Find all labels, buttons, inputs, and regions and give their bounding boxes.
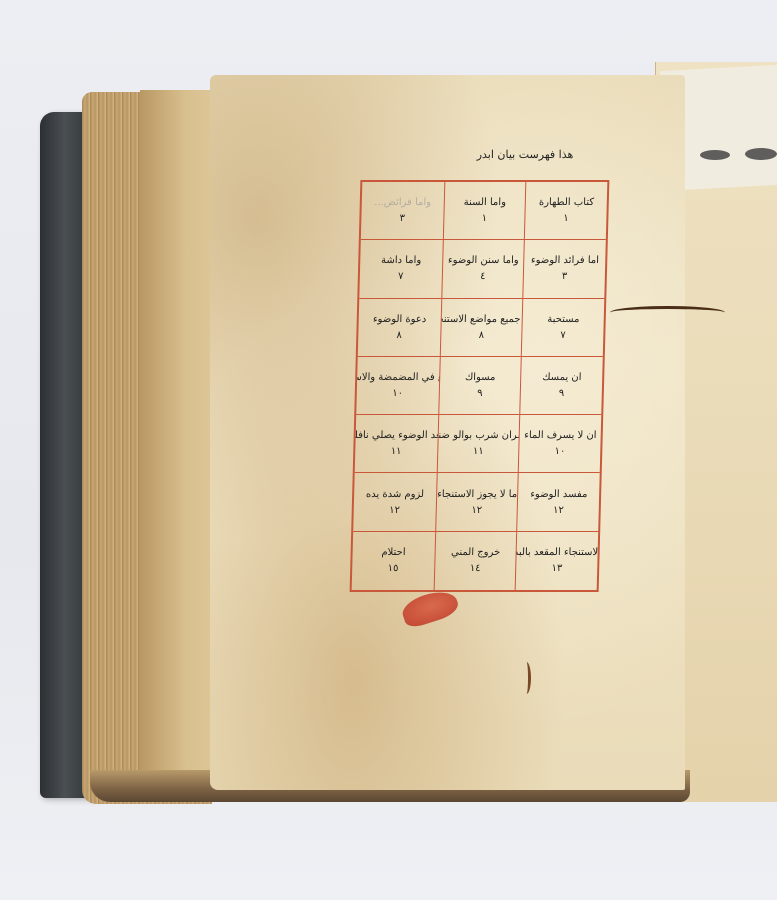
- toc-entry-title: ان يبالغ في المضمضة والاستنشاق: [356, 372, 439, 384]
- toc-entry-page-number: ١٢: [553, 505, 564, 516]
- toc-entry-page-number: ١٤: [470, 563, 481, 574]
- toc-entry-title: نصران شرب بوالو ضنوء: [436, 430, 519, 442]
- toc-entry-page-number: ٨: [396, 330, 402, 341]
- toc-entry-page-number: ١٠: [554, 446, 565, 457]
- toc-entry-page-number: ٩: [559, 388, 565, 399]
- toc-entry-title: ان لا يسرف الماء: [524, 430, 597, 442]
- table-of-contents: كتاب الطهارة١واما السنة١واما فرائض...٣ام…: [350, 180, 610, 592]
- toc-entry-page-number: ٧: [560, 330, 566, 341]
- toc-entry-title: مستحبة: [547, 314, 579, 326]
- toc-entry-title: مفسد الوضوء: [530, 489, 587, 501]
- toc-cell: كتاب الطهارة١: [524, 182, 607, 240]
- toc-entry-page-number: ١١: [473, 446, 484, 457]
- toc-cell: بعد الوضوء يصلي نافلة١١: [355, 415, 438, 473]
- toc-entry-page-number: ٣: [562, 271, 568, 282]
- toc-cell: واما سنن الوضوء٤: [441, 240, 524, 298]
- toc-entry-page-number: ١٣: [551, 563, 562, 574]
- toc-entry-page-number: ٧: [398, 271, 404, 282]
- page-heading: هذا فهرست بيان ابدر: [440, 148, 610, 161]
- toc-cell: واما داشة٧: [359, 240, 442, 298]
- toc-cell: خروج المني١٤: [433, 532, 516, 590]
- toc-entry-page-number: ١٢: [389, 505, 400, 516]
- toc-entry-page-number: ٩: [477, 388, 483, 399]
- toc-entry-page-number: ١٥: [388, 563, 399, 574]
- toc-cell: واما السنة١: [442, 182, 525, 240]
- toc-entry-title: مسواك: [465, 372, 496, 384]
- toc-cell: اما فرائد الوضوء٣: [523, 240, 606, 298]
- toc-cell: احتلام١٥: [352, 532, 435, 590]
- toc-entry-title: واما السنة: [463, 197, 506, 209]
- toc-cell: ان جميع مواضع الاستنجاء٨: [439, 299, 522, 357]
- toc-entry-page-number: ٨: [479, 330, 485, 341]
- toc-entry-title: ما لا يجوز الاستنجاء: [437, 489, 517, 501]
- toc-entry-title: ان يمسك: [542, 372, 582, 384]
- toc-cell: مسواك٩: [438, 357, 521, 415]
- toc-entry-title: كتاب الطهارة: [539, 197, 594, 209]
- toc-entry-title: واما داشة: [381, 255, 421, 267]
- toc-cell: نصران شرب بوالو ضنوء١١: [436, 415, 519, 473]
- toc-entry-title: خروج المني: [451, 547, 500, 559]
- toc-entry-page-number: ٤: [480, 271, 486, 282]
- toc-entry-title: اما فرائد الوضوء: [531, 255, 599, 267]
- toc-cell: ما لا يجوز الاستنجاء١٢: [435, 473, 518, 531]
- ink-smudge: [745, 148, 777, 160]
- toc-entry-title: الاستنجاء المقعد بالبد: [515, 547, 598, 559]
- toc-entry-title: احتلام: [381, 547, 405, 559]
- toc-entry-title: لزوم شدة يده: [366, 489, 424, 501]
- toc-entry-page-number: ١: [482, 213, 488, 224]
- ink-squiggle-mark: [522, 662, 531, 694]
- toc-entry-page-number: ١٢: [471, 505, 482, 516]
- toc-entry-page-number: ١٠: [392, 388, 403, 399]
- toc-entry-title: واما فرائض...: [374, 197, 431, 209]
- toc-cell: مستحبة٧: [521, 299, 604, 357]
- toc-cell: ان يمسك٩: [520, 357, 603, 415]
- toc-cell: دعوة الوضوء٨: [358, 299, 441, 357]
- toc-cell: مفسد الوضوء١٢: [517, 473, 600, 531]
- toc-entry-page-number: ٣: [399, 213, 405, 224]
- toc-entry-title: واما سنن الوضوء: [448, 255, 519, 267]
- toc-entry-title: ان جميع مواضع الاستنجاء: [439, 314, 522, 326]
- toc-entry-title: دعوة الوضوء: [373, 314, 427, 326]
- ink-mark-gutter: [610, 306, 725, 319]
- toc-entry-title: بعد الوضوء يصلي نافلة: [355, 430, 438, 442]
- toc-entry-page-number: ١١: [391, 446, 402, 457]
- toc-cell: ان يبالغ في المضمضة والاستنشاق١٠: [356, 357, 439, 415]
- toc-cell: الاستنجاء المقعد بالبد١٣: [515, 532, 598, 590]
- toc-cell: لزوم شدة يده١٢: [353, 473, 436, 531]
- toc-cell: ان لا يسرف الماء١٠: [518, 415, 601, 473]
- toc-entry-page-number: ١: [563, 213, 569, 224]
- ink-smudge: [700, 150, 730, 160]
- toc-cell: واما فرائض...٣: [361, 182, 444, 240]
